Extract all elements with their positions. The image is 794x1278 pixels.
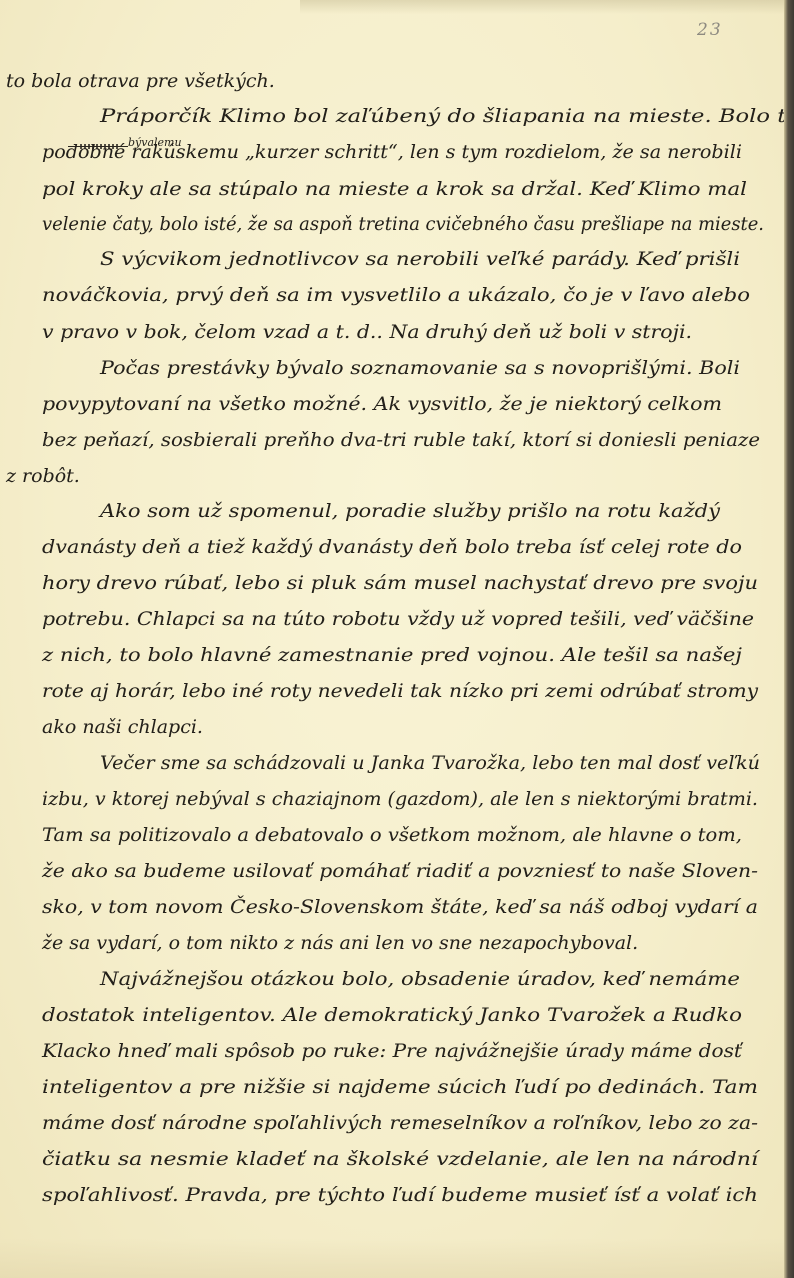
- text-line: podobné rakúskemu „kurzer schritt“, len …: [42, 141, 742, 163]
- text-line: Klacko hneď mali spôsob po ruke: Pre naj…: [42, 1040, 742, 1062]
- text-line: dvanásty deň a tiež každý dvanásty deň b…: [42, 536, 742, 558]
- text-line: Počas prestávky bývalo soznamovanie sa s…: [100, 357, 740, 379]
- text-line: že ako sa budeme usilovať pomáhať riadiť…: [42, 860, 758, 882]
- text-line: S výcvikom jednotlivcov sa nerobili veľk…: [100, 248, 740, 270]
- text-line: Ako som už spomenul, poradie služby priš…: [100, 500, 720, 522]
- text-line: pol kroky ale sa stúpalo na mieste a kro…: [42, 178, 747, 200]
- text-line: dostatok inteligentov. Ale demokratický …: [42, 1004, 742, 1026]
- text-line: Práporčík Klimo bol zaľúbený do šliapani…: [100, 105, 794, 127]
- text-line: v pravo v bok, čelom vzad a t. d.. Na dr…: [42, 321, 692, 343]
- text-line: potrebu. Chlapci sa na túto robotu vždy …: [42, 608, 754, 630]
- text-line: velenie čaty, bolo isté, že sa aspoň tre…: [42, 213, 764, 235]
- text-line: inteligentov a pre nižšie si najdeme súc…: [42, 1076, 758, 1098]
- text-line: z robôt.: [6, 465, 80, 487]
- paper-stain: [0, 1238, 784, 1278]
- text-line: Najvážnejšou otázkou bolo, obsadenie úra…: [100, 968, 740, 990]
- text-line: ako naši chlapci.: [42, 716, 203, 738]
- text-line: sko, v tom novom Česko-Slovenskom štáte,…: [42, 896, 758, 918]
- text-line: hory drevo rúbať, lebo si pluk sám musel…: [42, 572, 758, 594]
- text-line: povypytovaní na všetko možné. Ak vysvitl…: [42, 393, 722, 415]
- text-line: to bola otrava pre všetkých.: [6, 70, 275, 92]
- page-edge: [784, 0, 794, 1278]
- text-line: čiatku sa nesmie kladeť na školské vzdel…: [42, 1148, 758, 1170]
- text-line: bez peňazí, sosbierali preňho dva-tri ru…: [42, 429, 760, 451]
- text-line: že sa vydarí, o tom nikto z nás ani len …: [42, 932, 638, 954]
- manuscript-page: 23 bývalemu to bola otrava pre všetkých.…: [0, 0, 784, 1278]
- page-number: 23: [697, 20, 723, 40]
- text-line: máme dosť národne spoľahlivých remeselní…: [42, 1112, 758, 1134]
- paper-shadow: [300, 0, 784, 14]
- text-line: spoľahlivosť. Pravda, pre týchto ľudí bu…: [42, 1184, 758, 1206]
- text-line: izbu, v ktorej nebýval s chaziajnom (gaz…: [42, 788, 758, 810]
- text-line: Večer sme sa schádzovali u Janka Tvarožk…: [100, 752, 760, 774]
- text-line: nováčkovia, prvý deň sa im vysvetlilo a …: [42, 284, 750, 306]
- text-line: rote aj horár, lebo iné roty nevedeli ta…: [42, 680, 758, 702]
- text-line: z nich, to bolo hlavné zamestnanie pred …: [42, 644, 742, 666]
- text-line: Tam sa politizovalo a debatovalo o všetk…: [42, 824, 742, 846]
